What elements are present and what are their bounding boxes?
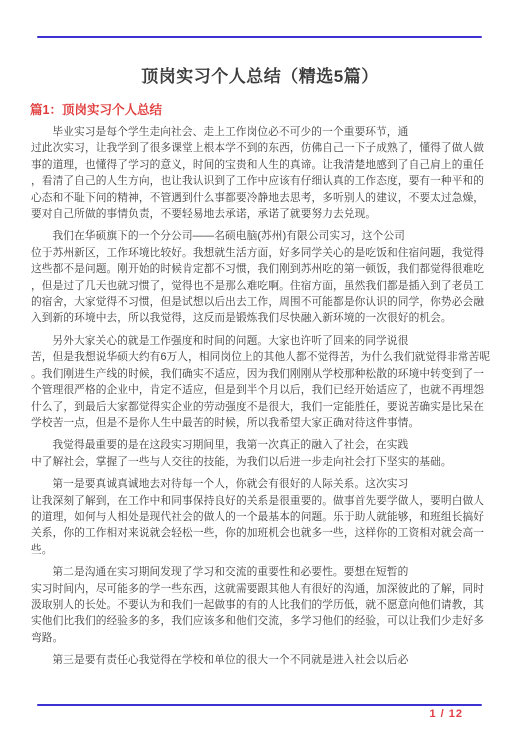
text-line: 第一是要真诚真诚地去对待每一个人，你就会有很好的人际关系。这次实习 bbox=[31, 476, 493, 492]
text-line: 中了解社会，掌握了一些与人交往的技能，为我们以后进一步走向社会打下坚实的基础。 bbox=[31, 454, 493, 470]
text-line: 我觉得最重要的是在这段实习期间里，我第一次真正的融入了社会，在实践 bbox=[31, 437, 493, 453]
text-line: 弯路。 bbox=[31, 630, 493, 646]
text-line: 毕业实习是每个学生走向社会、走上工作岗位必不可少的一个重要环节，通 bbox=[31, 124, 493, 140]
text-line: 实习时间内，尽可能多的学一些东西，这就需要跟其他人有很好的沟通，加深彼此的了解，… bbox=[31, 581, 493, 597]
section-heading: 篇1：顶岗实习个人总结 bbox=[30, 100, 162, 118]
text-line: 。我们刚进生产线的时候，我们确实不适应，因为我们刚刚从学校那种松散的环境中转变到… bbox=[31, 366, 493, 382]
text-line: ，但是过了几天也就习惯了，觉得也不是那么难吃啊。住宿方面，虽然我们都是插入到了老… bbox=[31, 278, 493, 294]
text-line: 让我深刻了解到，在工作中和同事保持良好的关系是很重要的。做事首先要学做人，要明白… bbox=[31, 493, 493, 509]
bottom-divider bbox=[37, 704, 482, 706]
paragraph: 第一是要真诚真诚地去对待每一个人，你就会有很好的人际关系。这次实习让我深刻了解到… bbox=[31, 470, 493, 558]
paragraph: 我们在华硕旗下的一个分公司——名硕电脑(苏州)有限公司实习，这个公司位于苏州新区… bbox=[31, 222, 493, 326]
text-line: 第二是沟通在实习期间发现了学习和交流的重要性和必要性。要想在短暂的 bbox=[31, 564, 493, 580]
paragraph: 毕业实习是每个学生走向社会、走上工作岗位必不可少的一个重要环节，通过此次实习，让… bbox=[31, 124, 493, 222]
text-line: 些。 bbox=[31, 542, 493, 558]
text-line: 位于苏州新区，工作环境比较好。我想就生活方面，好多同学关心的是吃饭和住宿问题，我… bbox=[31, 245, 493, 261]
paragraph: 我觉得最重要的是在这段实习期间里，我第一次真正的融入了社会，在实践中了解社会，掌… bbox=[31, 431, 493, 470]
text-line: 心态和不耻下问的精神，不管遇到什么事都要冷静地去思考，多听别人的建议，不要太过急… bbox=[31, 190, 493, 206]
text-line: 另外大家关心的就是工作强度和时间的问题。大家也许听了回来的同学说很 bbox=[31, 333, 493, 349]
text-line: 的道理，如何与人相处是现代社会的做人的一个最基本的问题。乐于助人就能够，和班组长… bbox=[31, 509, 493, 525]
article-body: 毕业实习是每个学生走向社会、走上工作岗位必不可少的一个重要环节，通过此次实习，让… bbox=[31, 124, 493, 669]
text-line: 实他们比我们的经验多的多，我们应该多和他们交流，多学习他们的经验，可以让我们少走… bbox=[31, 613, 493, 629]
paragraph: 第三是要有责任心我觉得在学校和单位的很大一个不同就是进入社会以后必 bbox=[31, 646, 493, 668]
page-number: 1 / 12 bbox=[429, 708, 463, 720]
paragraph: 另外大家关心的就是工作强度和时间的问题。大家也许听了回来的同学说很苦，但是我想说… bbox=[31, 327, 493, 431]
text-line: 关系，你的工作相对来说就会轻松一些，你的加班机会也就多一些，这样你的工资相对就会… bbox=[31, 525, 493, 541]
text-line: 学校苦一点，但是不是你人生中最苦的时候，所以我希望大家正确对待这件事情。 bbox=[31, 415, 493, 431]
text-line: 过此次实习，让我学到了很多课堂上根本学不到的东西，仿佛自己一下子成熟了，懂得了做… bbox=[31, 140, 493, 156]
page-title: 顶岗实习个人总结（精选5篇） bbox=[0, 62, 520, 87]
text-line: 我们在华硕旗下的一个分公司——名硕电脑(苏州)有限公司实习，这个公司 bbox=[31, 228, 493, 244]
text-line: 这些都不是问题。刚开始的时候肯定都不习惯，我们刚到苏州吃的第一顿饭，我们都觉得很… bbox=[31, 261, 493, 277]
text-line: 个管理很严格的企业中，肯定不适应，但是到半个月以后，我们已经开始适应了，也就不再… bbox=[31, 382, 493, 398]
text-line: 要对自己所做的事情负责，不要轻易地去承诺，承诺了就要努力去兑现。 bbox=[31, 206, 493, 222]
text-line: 苦，但是我想说华硕大约有6万人，相同岗位上的其他人都不觉得苦，为什么我们就觉得非… bbox=[31, 349, 493, 365]
text-line: 的宿舍，大家觉得不习惯，但是试想以后出去工作，周围不可能都是你认识的同学，你势必… bbox=[31, 294, 493, 310]
text-line: ，看清了自己的人生方向，也让我认识到了工作中应该有仔细认真的工作态度，要有一种平… bbox=[31, 173, 493, 189]
top-divider bbox=[37, 36, 482, 38]
text-line: 什么了，到最后大家都觉得实企业的劳动强度不是很大，我们一定能胜任，要说苦确实是比… bbox=[31, 399, 493, 415]
text-line: 汲取别人的长处。不要认为和我们一起做事的有的人比我们的学历低，就不愿意向他们请教… bbox=[31, 597, 493, 613]
paragraph: 第二是沟通在实习期间发现了学习和交流的重要性和必要性。要想在短暂的实习时间内，尽… bbox=[31, 558, 493, 646]
text-line: 第三是要有责任心我觉得在学校和单位的很大一个不同就是进入社会以后必 bbox=[31, 652, 493, 668]
text-line: 入到新的环境中去，所以我觉得，这反而是锻炼我们尽快融入新环境的一次很好的机会。 bbox=[31, 310, 493, 326]
document-page: 顶岗实习个人总结（精选5篇） 篇1：顶岗实习个人总结 毕业实习是每个学生走向社会… bbox=[0, 0, 520, 735]
text-line: 事的道理，也懂得了学习的意义，时间的宝贵和人生的真谛。让我清楚地感到了自己肩上的… bbox=[31, 157, 493, 173]
